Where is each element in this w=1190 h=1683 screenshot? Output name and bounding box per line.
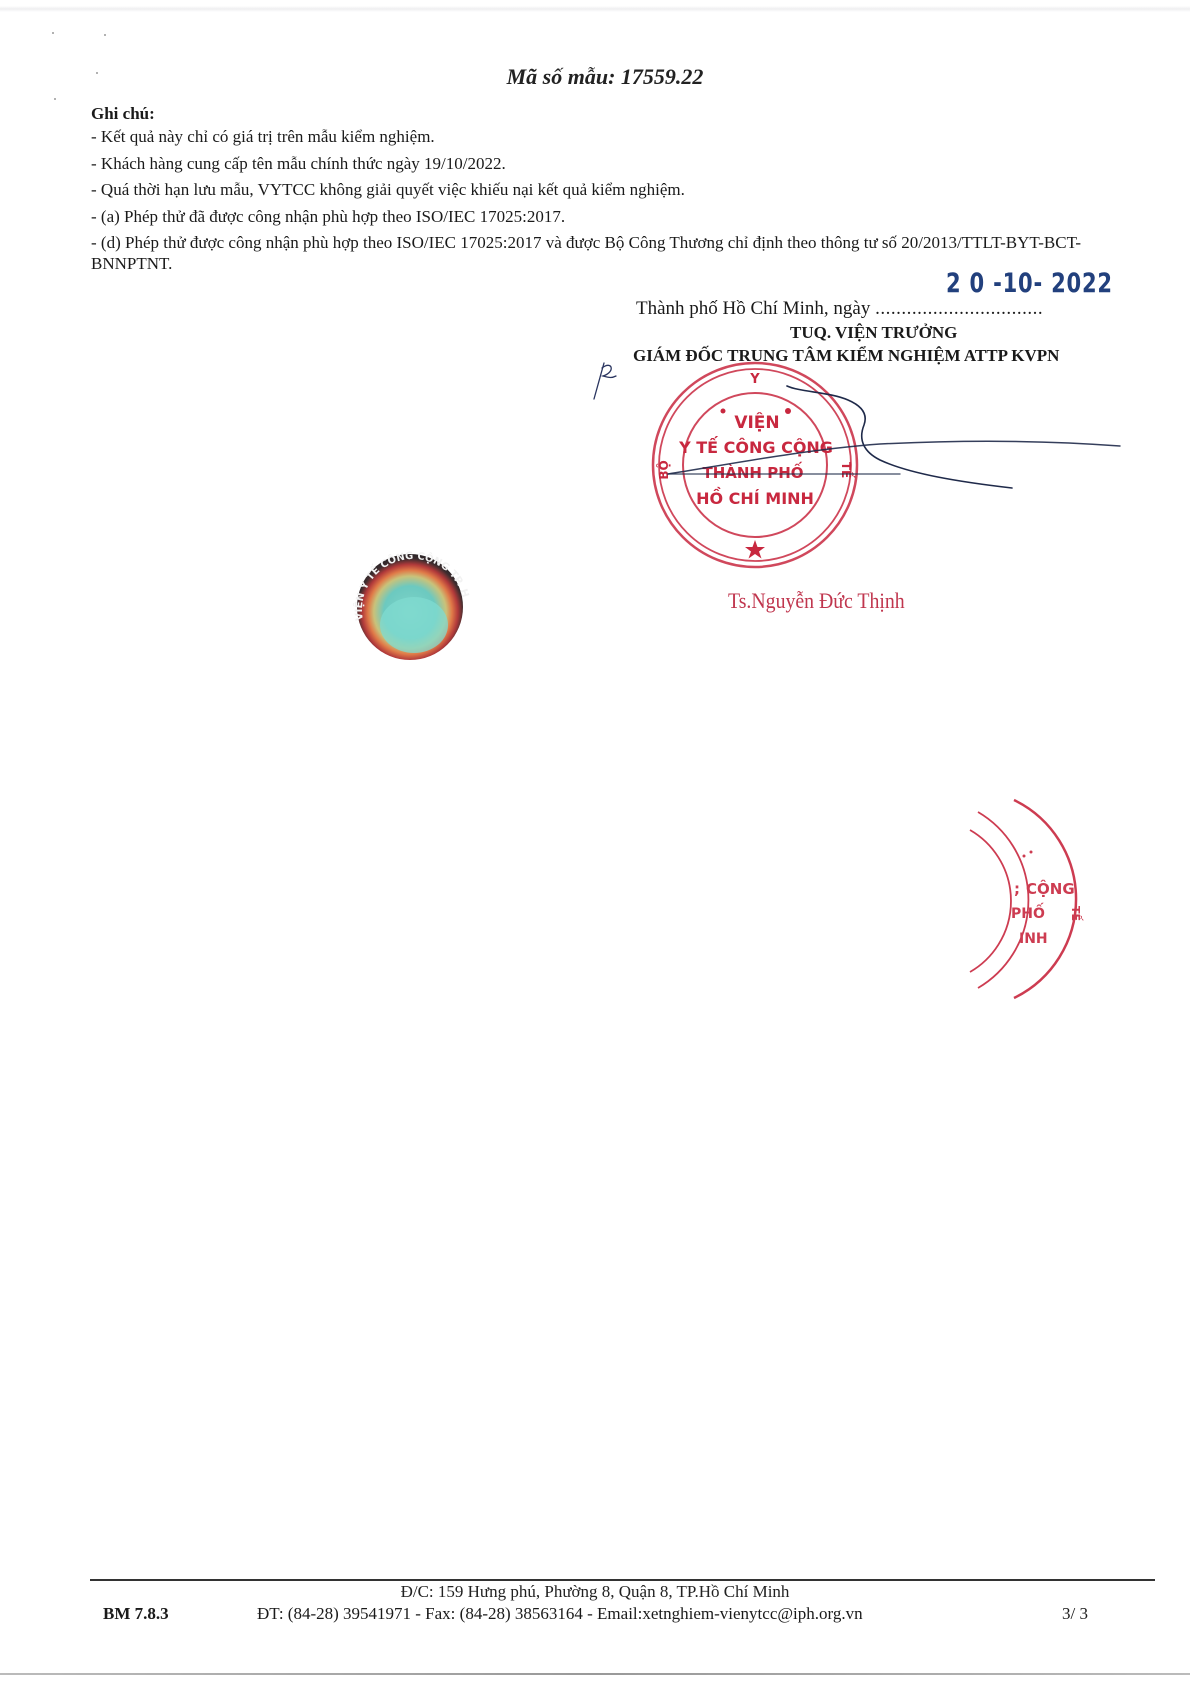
seal-top-letter: Y	[749, 372, 760, 387]
footer-divider	[90, 1579, 1155, 1581]
hologram-sticker: VIỆN Y TẾ CÔNG CỘNG TP. HCM	[0, 0, 470, 660]
scan-edge-bottom	[0, 1673, 1190, 1675]
form-code: BM 7.8.3	[103, 1604, 169, 1624]
seal-line: Y TẾ CÔNG CỘNG	[678, 436, 833, 457]
page-number: 3/ 3	[1062, 1604, 1088, 1624]
partial-seal-line: CỘNG	[1026, 878, 1075, 898]
hologram-ring-text: VIỆN Y TẾ CÔNG CỘNG TP. HCM	[0, 0, 470, 621]
seal-line: VIỆN	[734, 411, 779, 433]
signer-name: Ts.Nguyễn Đức Thịnh	[728, 588, 905, 614]
footer-contact: ĐT: (84-28) 39541971 - Fax: (84-28) 3856…	[257, 1604, 863, 1624]
partial-seal-right-text: TẾ	[1069, 906, 1084, 922]
seal-line: THÀNH PHỐ	[702, 461, 803, 482]
seal-line: HỒ CHÍ MINH	[696, 486, 814, 508]
partial-seal-line: ;	[1014, 880, 1020, 898]
partial-seal-line: INH	[1019, 931, 1048, 947]
svg-text:VIỆN Y TẾ CÔNG CỘNG TP. HCM: VIỆN Y TẾ CÔNG CỘNG TP. HCM	[0, 0, 470, 621]
seal-star-icon	[745, 540, 765, 559]
partial-seal: CỘNG ; PHỐ INH TẾ	[964, 800, 1084, 998]
footer-address: Đ/C: 159 Hưng phú, Phường 8, Quận 8, TP.…	[0, 1582, 1190, 1602]
seal-right-text: TẾ	[839, 462, 855, 479]
stamps-and-signature-layer: VIỆN Y TẾ CÔNG CỘNG TP. HCM Y VIỆN Y TẾ …	[0, 0, 1190, 1683]
seal-left-text: BỘ	[656, 460, 671, 479]
initial-mark	[594, 363, 616, 399]
